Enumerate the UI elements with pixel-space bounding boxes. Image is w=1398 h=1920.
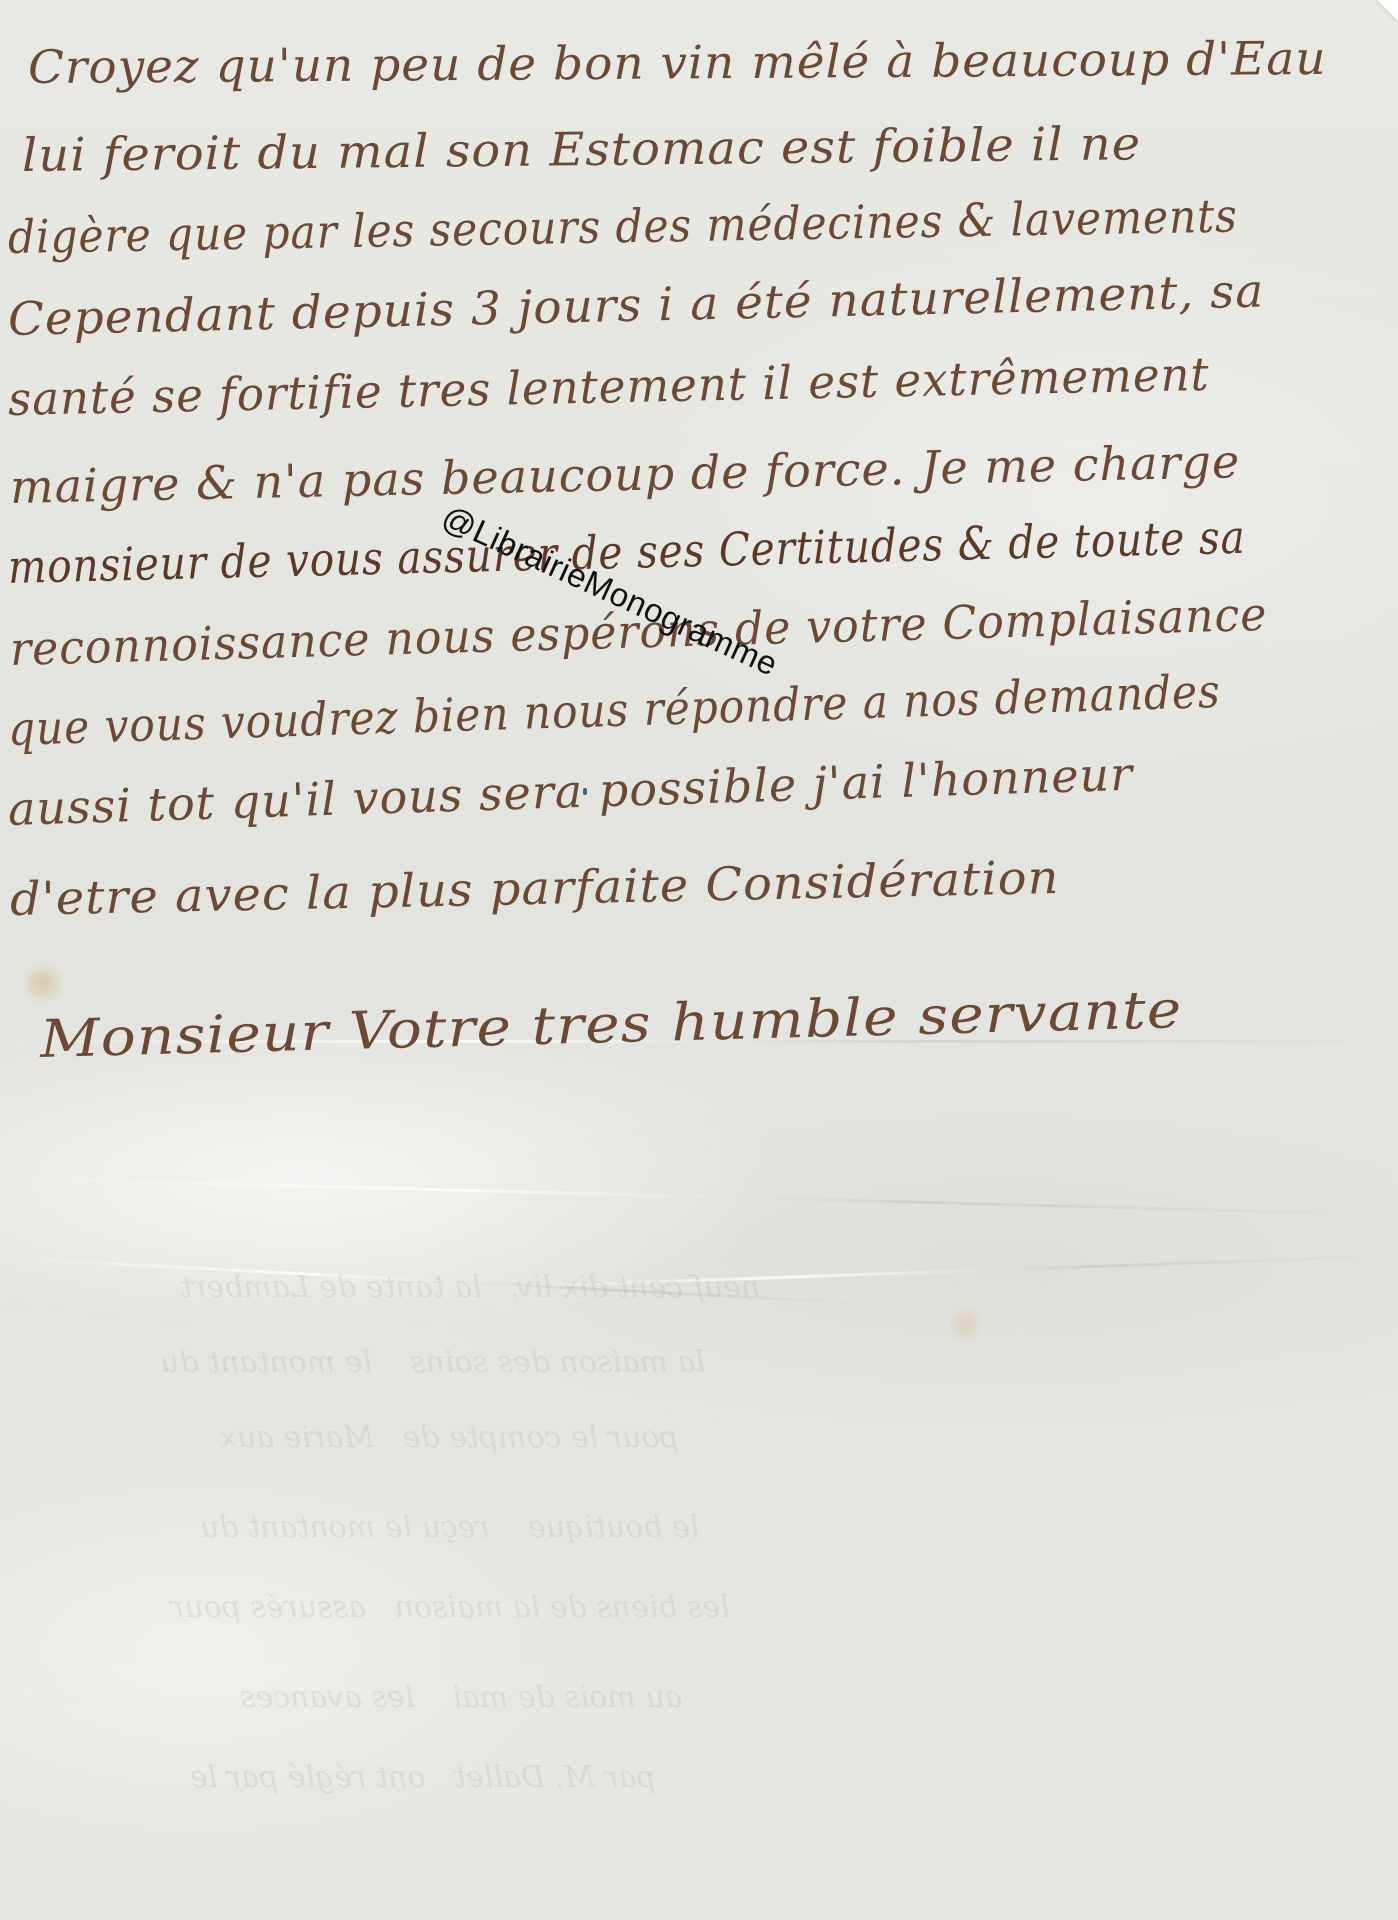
ink-spot [583,788,587,795]
foxing-stain [20,960,66,1006]
bleed-through-text: le boutique reçu le montant du [200,1510,699,1545]
bleed-through-text: pour le compte de Marie aux [220,1420,679,1455]
bleed-through-text: par M. Dallet ont réglé par le [190,1760,656,1795]
foxing-stain [950,1300,980,1350]
bleed-through-text: les biens de la maison assurés pour [170,1590,730,1625]
letter-line-1: Croyez qu'un peu de bon vin mêlé à beauc… [28,31,1327,94]
torn-corner [1376,0,1398,22]
bleed-through-text: neuf cent dix liv. la tante de Lambert [180,1270,760,1305]
bleed-through-text: la maison des soins le montant du [160,1345,705,1380]
bleed-through-text: au mois de mai les avances [240,1680,683,1715]
